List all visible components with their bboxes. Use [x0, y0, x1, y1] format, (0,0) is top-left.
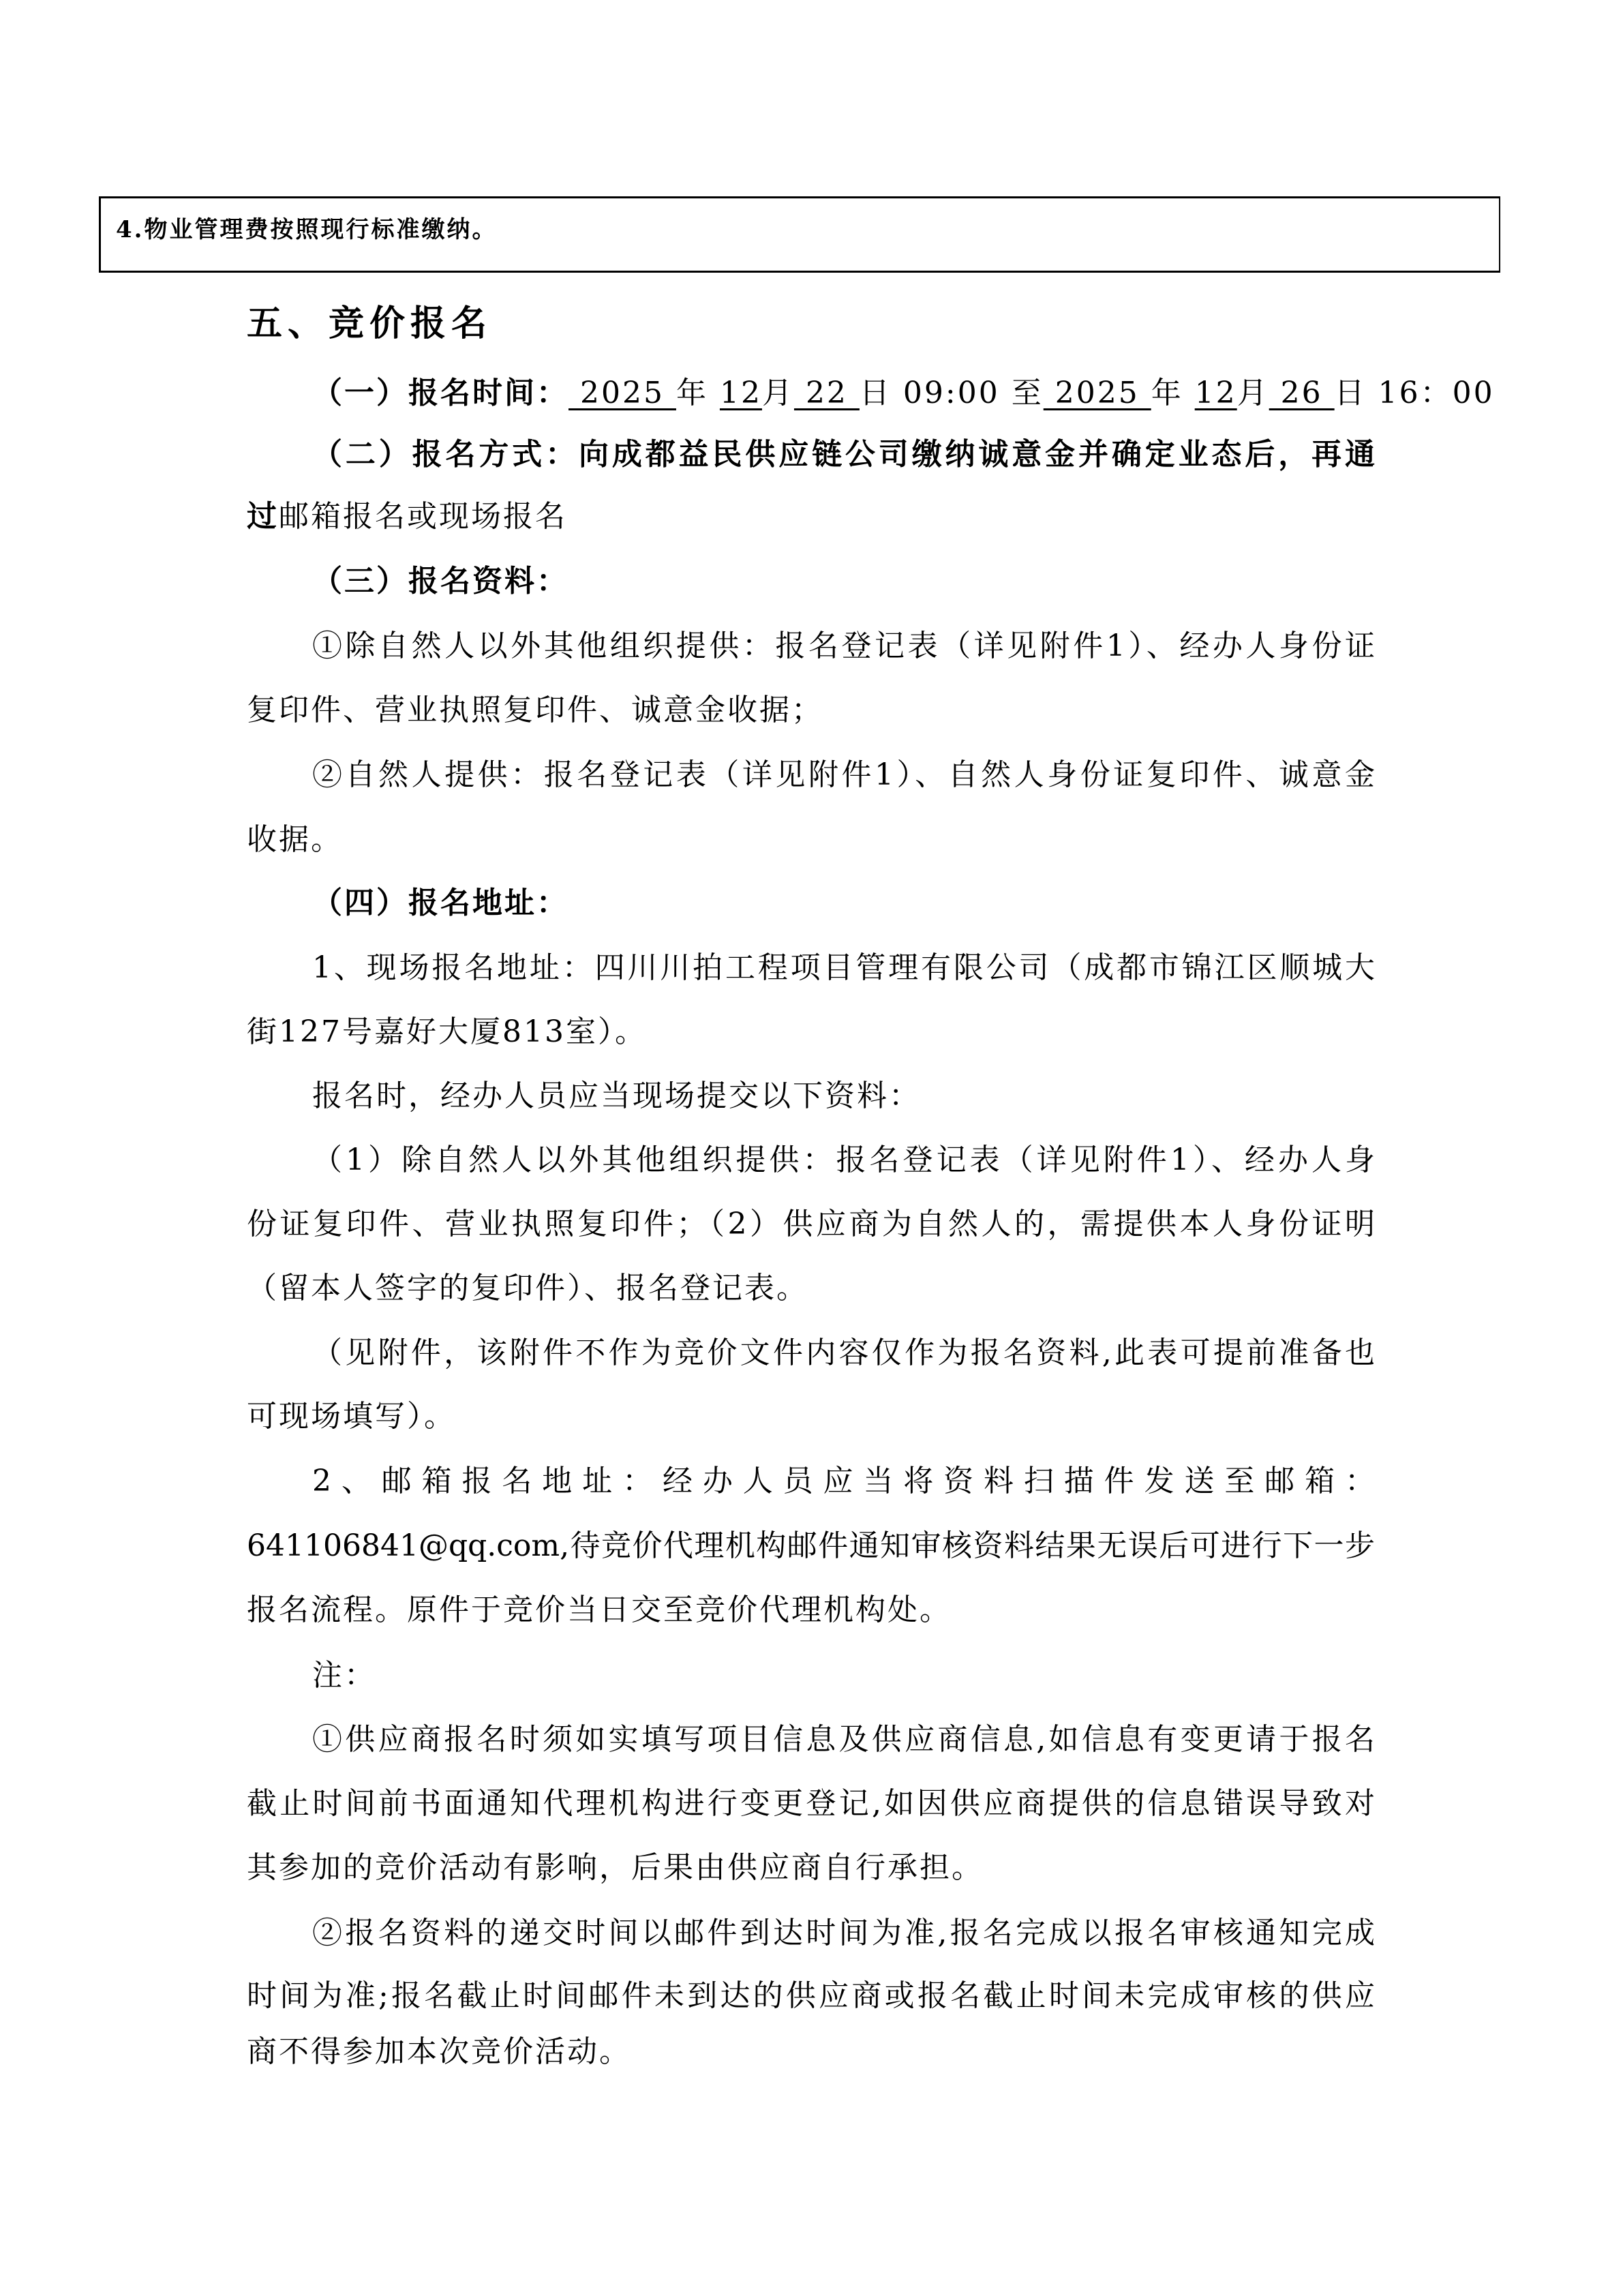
property-fee-clause: 4.物业管理费按照现行标准缴纳。 [116, 211, 498, 244]
registration-time-line: （一）报名时间： 2025 年 12月 22 日 09:00 至 2025 年 … [312, 373, 1375, 414]
note2-line3: 商不得参加本次竞价活动。 [247, 2031, 1375, 2072]
end-month-suffix: 月 [1237, 376, 1269, 410]
start-month: 12 [720, 376, 762, 410]
start-day: 22 [794, 376, 860, 410]
attachment-note-line1: （见附件，该附件不作为竞价文件内容仅作为报名资料,此表可提前准备也 [312, 1333, 1375, 1374]
materials-item1-line1: ①除自然人以外其他组织提供：报名登记表（详见附件1）、经办人身份证 [312, 626, 1375, 667]
notes-label: 注： [312, 1655, 1375, 1696]
start-time: 09:00 [903, 376, 1000, 410]
materials-item1-line2: 复印件、营业执照复印件、诚意金收据； [247, 690, 1375, 731]
onsite-address-line1: 1、现场报名地址：四川川拍工程项目管理有限公司（成都市锦江区顺城大 [312, 948, 1375, 988]
onsite-req-line1: （1）除自然人以外其他组织提供：报名登记表（详见附件1）、经办人身 [312, 1140, 1375, 1181]
end-year-suffix: 年 [1151, 376, 1183, 410]
materials-item2-line1: ②自然人提供：报名登记表（详见附件1）、自然人身份证复印件、诚意金 [312, 755, 1375, 796]
note2-line1: ②报名资料的递交时间以邮件到达时间为准,报名完成以报名审核通知完成 [312, 1913, 1375, 1954]
end-day-suffix: 日 [1335, 376, 1367, 410]
email-address-line3: 报名流程。原件于竞价当日交至竞价代理机构处。 [247, 1590, 1375, 1631]
end-day: 26 [1269, 376, 1335, 410]
registration-method-line2: 过邮箱报名或现场报名 [247, 496, 1375, 537]
registration-address-label: （四）报名地址： [312, 883, 1375, 924]
registration-time-label: （一）报名时间： [312, 376, 568, 410]
attachment-note-line2: 可现场填写）。 [247, 1396, 1375, 1437]
onsite-address-line2: 街127号嘉好大厦813室）。 [247, 1012, 1375, 1053]
table-fragment-cell: 4.物业管理费按照现行标准缴纳。 [99, 196, 1500, 273]
month-suffix: 月 [762, 376, 794, 410]
note2-line2: 时间为准;报名截止时间邮件未到达的供应商或报名截止时间未完成审核的供应 [247, 1976, 1375, 2016]
section-heading: 五、竞价报名 [247, 294, 492, 346]
registration-materials-label: （三）报名资料： [312, 561, 1375, 602]
start-year: 2025 [568, 376, 676, 410]
year-suffix: 年 [676, 376, 708, 410]
registration-method-line1: （二）报名方式：向成都益民供应链公司缴纳诚意金并确定业态后，再通 [312, 434, 1375, 475]
end-month: 12 [1195, 376, 1237, 410]
note1-line2: 截止时间前书面通知代理机构进行变更登记,如因供应商提供的信息错误导致对 [247, 1783, 1375, 1824]
email-address-line1: 2、邮箱报名地址：经办人员应当将资料扫描件发送至邮箱： [312, 1461, 1375, 1502]
onsite-req-line2: 份证复印件、营业执照复印件；（2）供应商为自然人的，需提供本人身份证明 [247, 1204, 1375, 1245]
email-address-line2: 641106841@qq.com,待竞价代理机构邮件通知审核资料结果无误后可进行… [247, 1526, 1375, 1567]
registration-method-cont: 邮箱报名或现场报名 [279, 499, 567, 534]
to-word: 至 [1012, 376, 1044, 410]
end-time: 16：00 [1378, 376, 1495, 410]
materials-item2-line2: 收据。 [247, 819, 1375, 860]
registration-method-cont-bold: 过 [247, 499, 279, 534]
note1-line1: ①供应商报名时须如实填写项目信息及供应商信息,如信息有变更请于报名 [312, 1719, 1375, 1760]
end-year: 2025 [1044, 376, 1151, 410]
onsite-intro: 报名时，经办人员应当现场提交以下资料： [312, 1076, 1375, 1117]
onsite-req-line3: （留本人签字的复印件）、报名登记表。 [247, 1268, 1375, 1309]
day-suffix: 日 [860, 376, 892, 410]
note1-line3: 其参加的竞价活动有影响，后果由供应商自行承担。 [247, 1847, 1375, 1888]
